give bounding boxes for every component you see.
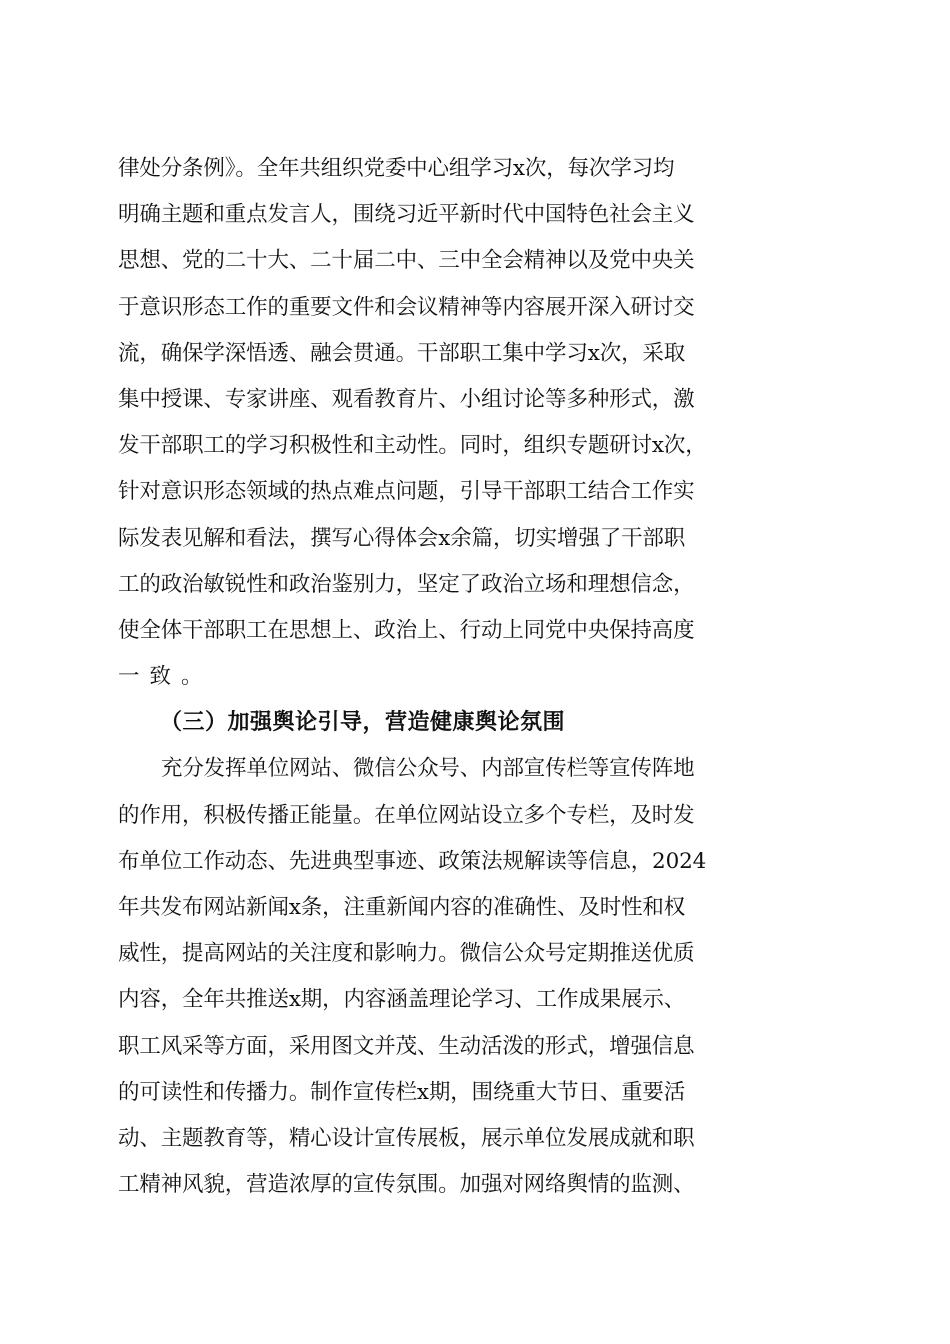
text-line: 流，确保学深悟透、融会贯通。干部职工集中学习x次，采取 (118, 331, 830, 377)
text-line: 的可读性和传播力。制作宣传栏x期，围绕重大节日、重要活 (118, 1070, 830, 1116)
text-line: 使全体干部职工在思想上、政治上、行动上同党中央保持高度 (118, 608, 830, 654)
text-line: 布单位工作动态、先进典型事迹、政策法规解读等信息，2024 (118, 839, 830, 885)
text-line: 集中授课、专家讲座、观看教育片、小组讨论等多种形式，激 (118, 377, 830, 423)
text-line: 职工风采等方面，采用图文并茂、生动活泼的形式，增强信息 (118, 1024, 830, 1070)
text-line: 内容，全年共推送x期，内容涵盖理论学习、工作成果展示、 (118, 977, 830, 1023)
section-heading: （三）加强舆论引导，营造健康舆论氛围 (118, 700, 830, 746)
text-line: 工的政治敏锐性和政治鉴别力，坚定了政治立场和理想信念， (118, 562, 830, 608)
text-line: 发干部职工的学习积极性和主动性。同时，组织专题研讨x次， (118, 423, 830, 469)
text-line: 针对意识形态领域的热点难点问题，引导干部职工结合工作实 (118, 469, 830, 515)
text-line: 一致。 (118, 654, 830, 700)
text-line: 律处分条例》。全年共组织党委中心组学习x次，每次学习均 (118, 146, 830, 192)
paragraph-public-opinion: 充分发挥单位网站、微信公众号、内部宣传栏等宣传阵地 的作用，积极传播正能量。在单… (118, 746, 830, 1208)
text-line: 年共发布网站新闻x条，注重新闻内容的准确性、及时性和权 (118, 885, 830, 931)
text-line: 明确主题和重点发言人，围绕习近平新时代中国特色社会主义 (118, 192, 830, 238)
text-line: 工精神风貌，营造浓厚的宣传氛围。加强对网络舆情的监测、 (118, 1162, 830, 1208)
text-line: 动、主题教育等，精心设计宣传展板，展示单位发展成就和职 (118, 1116, 830, 1162)
text-line: 充分发挥单位网站、微信公众号、内部宣传栏等宣传阵地 (118, 746, 830, 792)
text-line: 的作用，积极传播正能量。在单位网站设立多个专栏，及时发 (118, 793, 830, 839)
text-line: 于意识形态工作的重要文件和会议精神等内容展开深入研讨交 (118, 285, 830, 331)
text-line: 威性，提高网站的关注度和影响力。微信公众号定期推送优质 (118, 931, 830, 977)
document-page: 律处分条例》。全年共组织党委中心组学习x次，每次学习均 明确主题和重点发言人，围… (118, 146, 830, 1208)
paragraph-study-organization: 律处分条例》。全年共组织党委中心组学习x次，每次学习均 明确主题和重点发言人，围… (118, 146, 830, 700)
text-line: 际发表见解和看法，撰写心得体会x余篇，切实增强了干部职 (118, 516, 830, 562)
text-line: 思想、党的二十大、二十届二中、三中全会精神以及党中央关 (118, 238, 830, 284)
